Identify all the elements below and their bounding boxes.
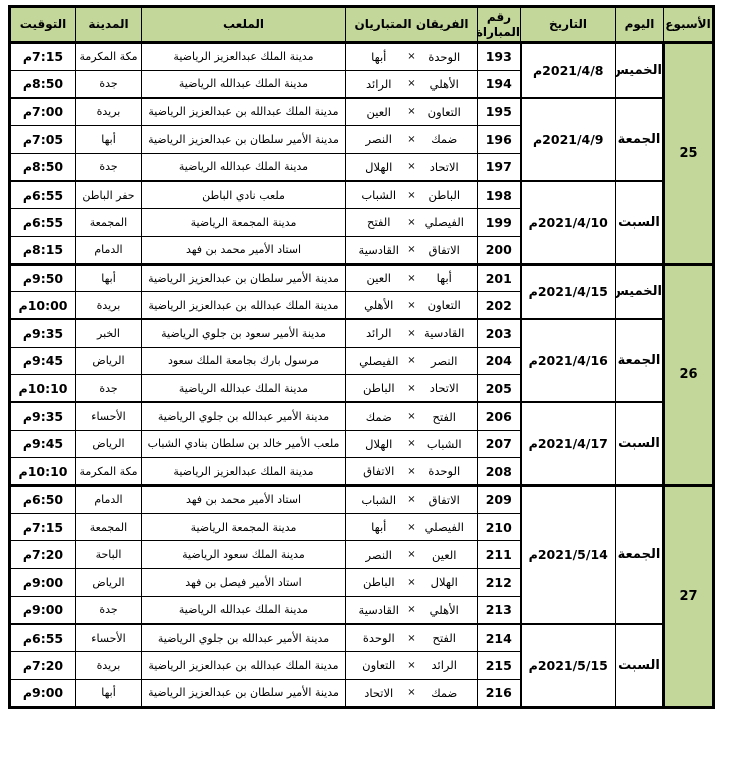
- teams-cell: الفتح×الوحدة: [346, 624, 478, 652]
- away-team: الشباب: [354, 188, 404, 202]
- city-cell: الرياض: [76, 430, 142, 458]
- home-team: الفيصلي: [420, 520, 470, 534]
- home-team: الوحدة: [420, 464, 470, 478]
- time-cell: 9:00م: [10, 679, 76, 707]
- no-cell: 208: [478, 458, 521, 486]
- away-team: العين: [354, 271, 404, 285]
- home-team: ضمك: [420, 686, 470, 700]
- away-team: النصر: [354, 132, 404, 146]
- time-cell: 6:50م: [10, 486, 76, 514]
- city-cell: جدة: [76, 153, 142, 181]
- day-cell: الخميس: [616, 43, 664, 98]
- stadium-cell: مرسول بارك بجامعة الملك سعود: [142, 347, 346, 375]
- time-cell: 9:45م: [10, 430, 76, 458]
- home-team: الشباب: [420, 437, 470, 451]
- city-cell: الأحساء: [76, 402, 142, 430]
- teams-pair: الأهلي×الرائد: [354, 77, 469, 91]
- column-header-day: اليوم: [616, 7, 664, 43]
- no-cell: 212: [478, 569, 521, 597]
- time-cell: 10:10م: [10, 375, 76, 403]
- city-cell: جدة: [76, 596, 142, 624]
- week-cell: 26: [664, 264, 714, 486]
- match-row: 26الخميس2021/4/15م201أبها×العينمدينة الأ…: [10, 264, 714, 292]
- home-team: الفتح: [420, 631, 470, 645]
- x-separator: ×: [404, 633, 420, 644]
- stadium-cell: مدينة الأمير سلطان بن عبدالعزيز الرياضية: [142, 679, 346, 707]
- day-cell: الجمعة: [616, 486, 664, 624]
- home-team: الاتحاد: [420, 381, 470, 395]
- x-separator: ×: [404, 438, 420, 449]
- away-team: الهلال: [354, 437, 404, 451]
- date-cell: 2021/5/15م: [521, 624, 616, 707]
- no-cell: 206: [478, 402, 521, 430]
- stadium-cell: مدينة الملك سعود الرياضية: [142, 541, 346, 569]
- time-cell: 8:50م: [10, 153, 76, 181]
- away-team: الشباب: [354, 493, 404, 507]
- teams-pair: الرائد×التعاون: [354, 658, 469, 672]
- city-cell: أبها: [76, 264, 142, 292]
- time-cell: 8:50م: [10, 70, 76, 98]
- time-cell: 10:10م: [10, 458, 76, 486]
- city-cell: بريدة: [76, 98, 142, 126]
- away-team: الفيصلي: [354, 354, 404, 368]
- no-cell: 202: [478, 292, 521, 320]
- teams-pair: الاتفاق×الشباب: [354, 493, 469, 507]
- time-cell: 6:55م: [10, 181, 76, 209]
- no-cell: 201: [478, 264, 521, 292]
- away-team: الاتفاق: [354, 464, 404, 478]
- stadium-cell: استاد الأمير فيصل بن فهد: [142, 569, 346, 597]
- stadium-cell: مدينة الأمير عبدالله بن جلوي الرياضية: [142, 402, 346, 430]
- home-team: الاتحاد: [420, 160, 470, 174]
- stadium-cell: ملعب الأمير خالد بن سلطان بنادي الشباب: [142, 430, 346, 458]
- x-separator: ×: [404, 134, 420, 145]
- date-cell: 2021/4/17م: [521, 402, 616, 485]
- no-cell: 216: [478, 679, 521, 707]
- teams-pair: الوحدة×أبها: [354, 50, 469, 64]
- stadium-cell: مدينة الملك عبدالله بن عبدالعزيز الرياضي…: [142, 652, 346, 680]
- match-row: الجمعة2021/4/9م195التعاون×العينمدينة الم…: [10, 98, 714, 126]
- date-cell: 2021/5/14م: [521, 486, 616, 624]
- city-cell: بريدة: [76, 652, 142, 680]
- city-cell: مكة المكرمة: [76, 43, 142, 71]
- home-team: الاتفاق: [420, 493, 470, 507]
- teams-pair: النصر×الفيصلي: [354, 354, 469, 368]
- stadium-cell: مدينة الملك عبدالله الرياضية: [142, 375, 346, 403]
- home-team: الأهلي: [420, 603, 470, 617]
- city-cell: حفر الباطن: [76, 181, 142, 209]
- x-separator: ×: [404, 466, 420, 477]
- x-separator: ×: [404, 549, 420, 560]
- city-cell: بريدة: [76, 292, 142, 320]
- stadium-cell: استاد الأمير محمد بن فهد: [142, 236, 346, 264]
- away-team: الباطن: [354, 381, 404, 395]
- stadium-cell: استاد الأمير محمد بن فهد: [142, 486, 346, 514]
- teams-cell: الفيصلي×الفتح: [346, 209, 478, 237]
- header-row: الأسبوعاليومالتاريخرقم المباراةالفريقان …: [10, 7, 714, 43]
- column-header-date: التاريخ: [521, 7, 616, 43]
- time-cell: 9:00م: [10, 596, 76, 624]
- home-team: التعاون: [420, 298, 470, 312]
- time-cell: 6:55م: [10, 209, 76, 237]
- away-team: الرائد: [354, 77, 404, 91]
- no-cell: 197: [478, 153, 521, 181]
- away-team: العين: [354, 105, 404, 119]
- teams-pair: الأهلي×القادسية: [354, 603, 469, 617]
- city-cell: الباحة: [76, 541, 142, 569]
- column-header-teams: الفريقان المتباريان: [346, 7, 478, 43]
- city-cell: جدة: [76, 70, 142, 98]
- away-team: النصر: [354, 548, 404, 562]
- day-cell: السبت: [616, 402, 664, 485]
- x-separator: ×: [404, 51, 420, 62]
- no-cell: 194: [478, 70, 521, 98]
- teams-cell: ضمك×الاتحاد: [346, 679, 478, 707]
- teams-cell: التعاون×الأهلي: [346, 292, 478, 320]
- no-cell: 205: [478, 375, 521, 403]
- no-cell: 207: [478, 430, 521, 458]
- date-cell: 2021/4/15م: [521, 264, 616, 319]
- time-cell: 7:15م: [10, 43, 76, 71]
- stadium-cell: مدينة المجمعة الرياضية: [142, 513, 346, 541]
- time-cell: 8:15م: [10, 236, 76, 264]
- x-separator: ×: [404, 494, 420, 505]
- away-team: ضمك: [354, 410, 404, 424]
- city-cell: مكة المكرمة: [76, 458, 142, 486]
- city-cell: أبها: [76, 679, 142, 707]
- time-cell: 7:20م: [10, 652, 76, 680]
- city-cell: الخبر: [76, 319, 142, 347]
- day-cell: الجمعة: [616, 319, 664, 402]
- home-team: الوحدة: [420, 50, 470, 64]
- time-cell: 7:15م: [10, 513, 76, 541]
- match-row: 27الجمعة2021/5/14م209الاتفاق×الشباباستاد…: [10, 486, 714, 514]
- no-cell: 193: [478, 43, 521, 71]
- home-team: التعاون: [420, 105, 470, 119]
- home-team: الفيصلي: [420, 215, 470, 229]
- x-separator: ×: [404, 604, 420, 615]
- away-team: أبها: [354, 520, 404, 534]
- teams-cell: الفيصلي×أبها: [346, 513, 478, 541]
- teams-pair: الباطن×الشباب: [354, 188, 469, 202]
- home-team: ضمك: [420, 132, 470, 146]
- x-separator: ×: [404, 217, 420, 228]
- away-team: الباطن: [354, 575, 404, 589]
- away-team: الاتحاد: [354, 686, 404, 700]
- stadium-cell: مدينة الملك عبدالله الرياضية: [142, 596, 346, 624]
- teams-cell: الرائد×التعاون: [346, 652, 478, 680]
- teams-cell: الشباب×الهلال: [346, 430, 478, 458]
- home-team: الفتح: [420, 410, 470, 424]
- week-cell: 25: [664, 43, 714, 265]
- column-header-time: التوقيت: [10, 7, 76, 43]
- no-cell: 215: [478, 652, 521, 680]
- match-row: 25الخميس2021/4/8م193الوحدة×أبهامدينة الم…: [10, 43, 714, 71]
- day-cell: السبت: [616, 624, 664, 707]
- city-cell: المجمعة: [76, 513, 142, 541]
- city-cell: الرياض: [76, 569, 142, 597]
- teams-cell: الباطن×الشباب: [346, 181, 478, 209]
- date-cell: 2021/4/9م: [521, 98, 616, 181]
- stadium-cell: ملعب نادي الباطن: [142, 181, 346, 209]
- home-team: الهلال: [420, 575, 470, 589]
- stadium-cell: مدينة الملك عبدالله الرياضية: [142, 70, 346, 98]
- teams-cell: الاتفاق×الشباب: [346, 486, 478, 514]
- no-cell: 195: [478, 98, 521, 126]
- no-cell: 209: [478, 486, 521, 514]
- column-header-week: الأسبوع: [664, 7, 714, 43]
- stadium-cell: مدينة الملك عبدالله الرياضية: [142, 153, 346, 181]
- away-team: الوحدة: [354, 631, 404, 645]
- teams-pair: الاتحاد×الباطن: [354, 381, 469, 395]
- city-cell: جدة: [76, 375, 142, 403]
- x-separator: ×: [404, 383, 420, 394]
- teams-pair: الاتحاد×الهلال: [354, 160, 469, 174]
- x-separator: ×: [404, 273, 420, 284]
- teams-pair: الفيصلي×الفتح: [354, 215, 469, 229]
- x-separator: ×: [404, 161, 420, 172]
- home-team: الأهلي: [420, 77, 470, 91]
- stadium-cell: مدينة الملك عبدالله بن عبدالعزيز الرياضي…: [142, 98, 346, 126]
- stadium-cell: مدينة الملك عبدالعزيز الرياضية: [142, 43, 346, 71]
- home-team: الباطن: [420, 188, 470, 202]
- time-cell: 9:00م: [10, 569, 76, 597]
- match-row: السبت2021/5/15م214الفتح×الوحدةمدينة الأم…: [10, 624, 714, 652]
- home-team: العين: [420, 548, 470, 562]
- teams-cell: الاتحاد×الباطن: [346, 375, 478, 403]
- city-cell: الأحساء: [76, 624, 142, 652]
- date-cell: 2021/4/8م: [521, 43, 616, 98]
- teams-pair: أبها×العين: [354, 271, 469, 285]
- no-cell: 196: [478, 126, 521, 154]
- x-separator: ×: [404, 660, 420, 671]
- stadium-cell: مدينة الملك عبدالعزيز الرياضية: [142, 458, 346, 486]
- stadium-cell: مدينة الأمير سلطان بن عبدالعزيز الرياضية: [142, 126, 346, 154]
- x-separator: ×: [404, 190, 420, 201]
- teams-cell: العين×النصر: [346, 541, 478, 569]
- teams-pair: الوحدة×الاتفاق: [354, 464, 469, 478]
- teams-cell: الوحدة×الاتفاق: [346, 458, 478, 486]
- match-row: السبت2021/4/10م198الباطن×الشبابملعب نادي…: [10, 181, 714, 209]
- schedule-document: الأسبوعاليومالتاريخرقم المباراةالفريقان …: [8, 5, 715, 709]
- no-cell: 199: [478, 209, 521, 237]
- home-team: الاتفاق: [420, 243, 470, 257]
- column-header-city: المدينة: [76, 7, 142, 43]
- stadium-cell: مدينة المجمعة الرياضية: [142, 209, 346, 237]
- home-team: الرائد: [420, 658, 470, 672]
- teams-pair: ضمك×النصر: [354, 132, 469, 146]
- teams-pair: التعاون×الأهلي: [354, 298, 469, 312]
- teams-cell: القادسية×الرائد: [346, 319, 478, 347]
- teams-pair: الهلال×الباطن: [354, 575, 469, 589]
- time-cell: 9:35م: [10, 319, 76, 347]
- teams-cell: التعاون×العين: [346, 98, 478, 126]
- teams-pair: التعاون×العين: [354, 105, 469, 119]
- home-team: القادسية: [420, 326, 470, 340]
- day-cell: السبت: [616, 181, 664, 264]
- city-cell: المجمعة: [76, 209, 142, 237]
- stadium-cell: مدينة الأمير سعود بن جلوي الرياضية: [142, 319, 346, 347]
- away-team: الفتح: [354, 215, 404, 229]
- no-cell: 204: [478, 347, 521, 375]
- home-team: النصر: [420, 354, 470, 368]
- time-cell: 7:05م: [10, 126, 76, 154]
- teams-pair: ضمك×الاتحاد: [354, 686, 469, 700]
- away-team: القادسية: [354, 243, 404, 257]
- schedule-header: الأسبوعاليومالتاريخرقم المباراةالفريقان …: [10, 7, 714, 43]
- city-cell: أبها: [76, 126, 142, 154]
- away-team: التعاون: [354, 658, 404, 672]
- x-separator: ×: [404, 577, 420, 588]
- date-cell: 2021/4/10م: [521, 181, 616, 264]
- city-cell: الدمام: [76, 486, 142, 514]
- teams-cell: الاتفاق×القادسية: [346, 236, 478, 264]
- x-separator: ×: [404, 300, 420, 311]
- away-team: القادسية: [354, 603, 404, 617]
- teams-pair: الفتح×ضمك: [354, 410, 469, 424]
- time-cell: 9:45م: [10, 347, 76, 375]
- match-row: الجمعة2021/4/16م203القادسية×الرائدمدينة …: [10, 319, 714, 347]
- away-team: أبها: [354, 50, 404, 64]
- teams-pair: العين×النصر: [354, 548, 469, 562]
- teams-cell: الوحدة×أبها: [346, 43, 478, 71]
- time-cell: 9:50م: [10, 264, 76, 292]
- date-cell: 2021/4/16م: [521, 319, 616, 402]
- teams-cell: الهلال×الباطن: [346, 569, 478, 597]
- x-separator: ×: [404, 78, 420, 89]
- match-schedule-table: الأسبوعاليومالتاريخرقم المباراةالفريقان …: [8, 5, 715, 709]
- city-cell: الرياض: [76, 347, 142, 375]
- x-separator: ×: [404, 244, 420, 255]
- schedule-body: 25الخميس2021/4/8م193الوحدة×أبهامدينة الم…: [10, 43, 714, 708]
- away-team: الأهلي: [354, 298, 404, 312]
- away-team: الهلال: [354, 160, 404, 174]
- column-header-stadium: الملعب: [142, 7, 346, 43]
- time-cell: 6:55م: [10, 624, 76, 652]
- stadium-cell: مدينة الأمير عبدالله بن جلوي الرياضية: [142, 624, 346, 652]
- no-cell: 198: [478, 181, 521, 209]
- no-cell: 213: [478, 596, 521, 624]
- stadium-cell: مدينة الملك عبدالله بن عبدالعزيز الرياضي…: [142, 292, 346, 320]
- no-cell: 211: [478, 541, 521, 569]
- teams-cell: النصر×الفيصلي: [346, 347, 478, 375]
- teams-pair: الاتفاق×القادسية: [354, 243, 469, 257]
- time-cell: 7:00م: [10, 98, 76, 126]
- week-cell: 27: [664, 486, 714, 708]
- teams-cell: الفتح×ضمك: [346, 402, 478, 430]
- day-cell: الجمعة: [616, 98, 664, 181]
- teams-pair: الفيصلي×أبها: [354, 520, 469, 534]
- match-row: السبت2021/4/17م206الفتح×ضمكمدينة الأمير …: [10, 402, 714, 430]
- x-separator: ×: [404, 687, 420, 698]
- teams-pair: القادسية×الرائد: [354, 326, 469, 340]
- city-cell: الدمام: [76, 236, 142, 264]
- x-separator: ×: [404, 522, 420, 533]
- time-cell: 10:00م: [10, 292, 76, 320]
- stadium-cell: مدينة الأمير سلطان بن عبدالعزيز الرياضية: [142, 264, 346, 292]
- away-team: الرائد: [354, 326, 404, 340]
- x-separator: ×: [404, 328, 420, 339]
- x-separator: ×: [404, 106, 420, 117]
- time-cell: 9:35م: [10, 402, 76, 430]
- no-cell: 210: [478, 513, 521, 541]
- teams-pair: الفتح×الوحدة: [354, 631, 469, 645]
- x-separator: ×: [404, 355, 420, 366]
- home-team: أبها: [420, 271, 470, 285]
- day-cell: الخميس: [616, 264, 664, 319]
- x-separator: ×: [404, 411, 420, 422]
- no-cell: 200: [478, 236, 521, 264]
- time-cell: 7:20م: [10, 541, 76, 569]
- teams-cell: ضمك×النصر: [346, 126, 478, 154]
- teams-cell: الاتحاد×الهلال: [346, 153, 478, 181]
- no-cell: 214: [478, 624, 521, 652]
- teams-cell: أبها×العين: [346, 264, 478, 292]
- column-header-no: رقم المباراة: [478, 7, 521, 43]
- no-cell: 203: [478, 319, 521, 347]
- teams-pair: الشباب×الهلال: [354, 437, 469, 451]
- teams-cell: الأهلي×القادسية: [346, 596, 478, 624]
- teams-cell: الأهلي×الرائد: [346, 70, 478, 98]
